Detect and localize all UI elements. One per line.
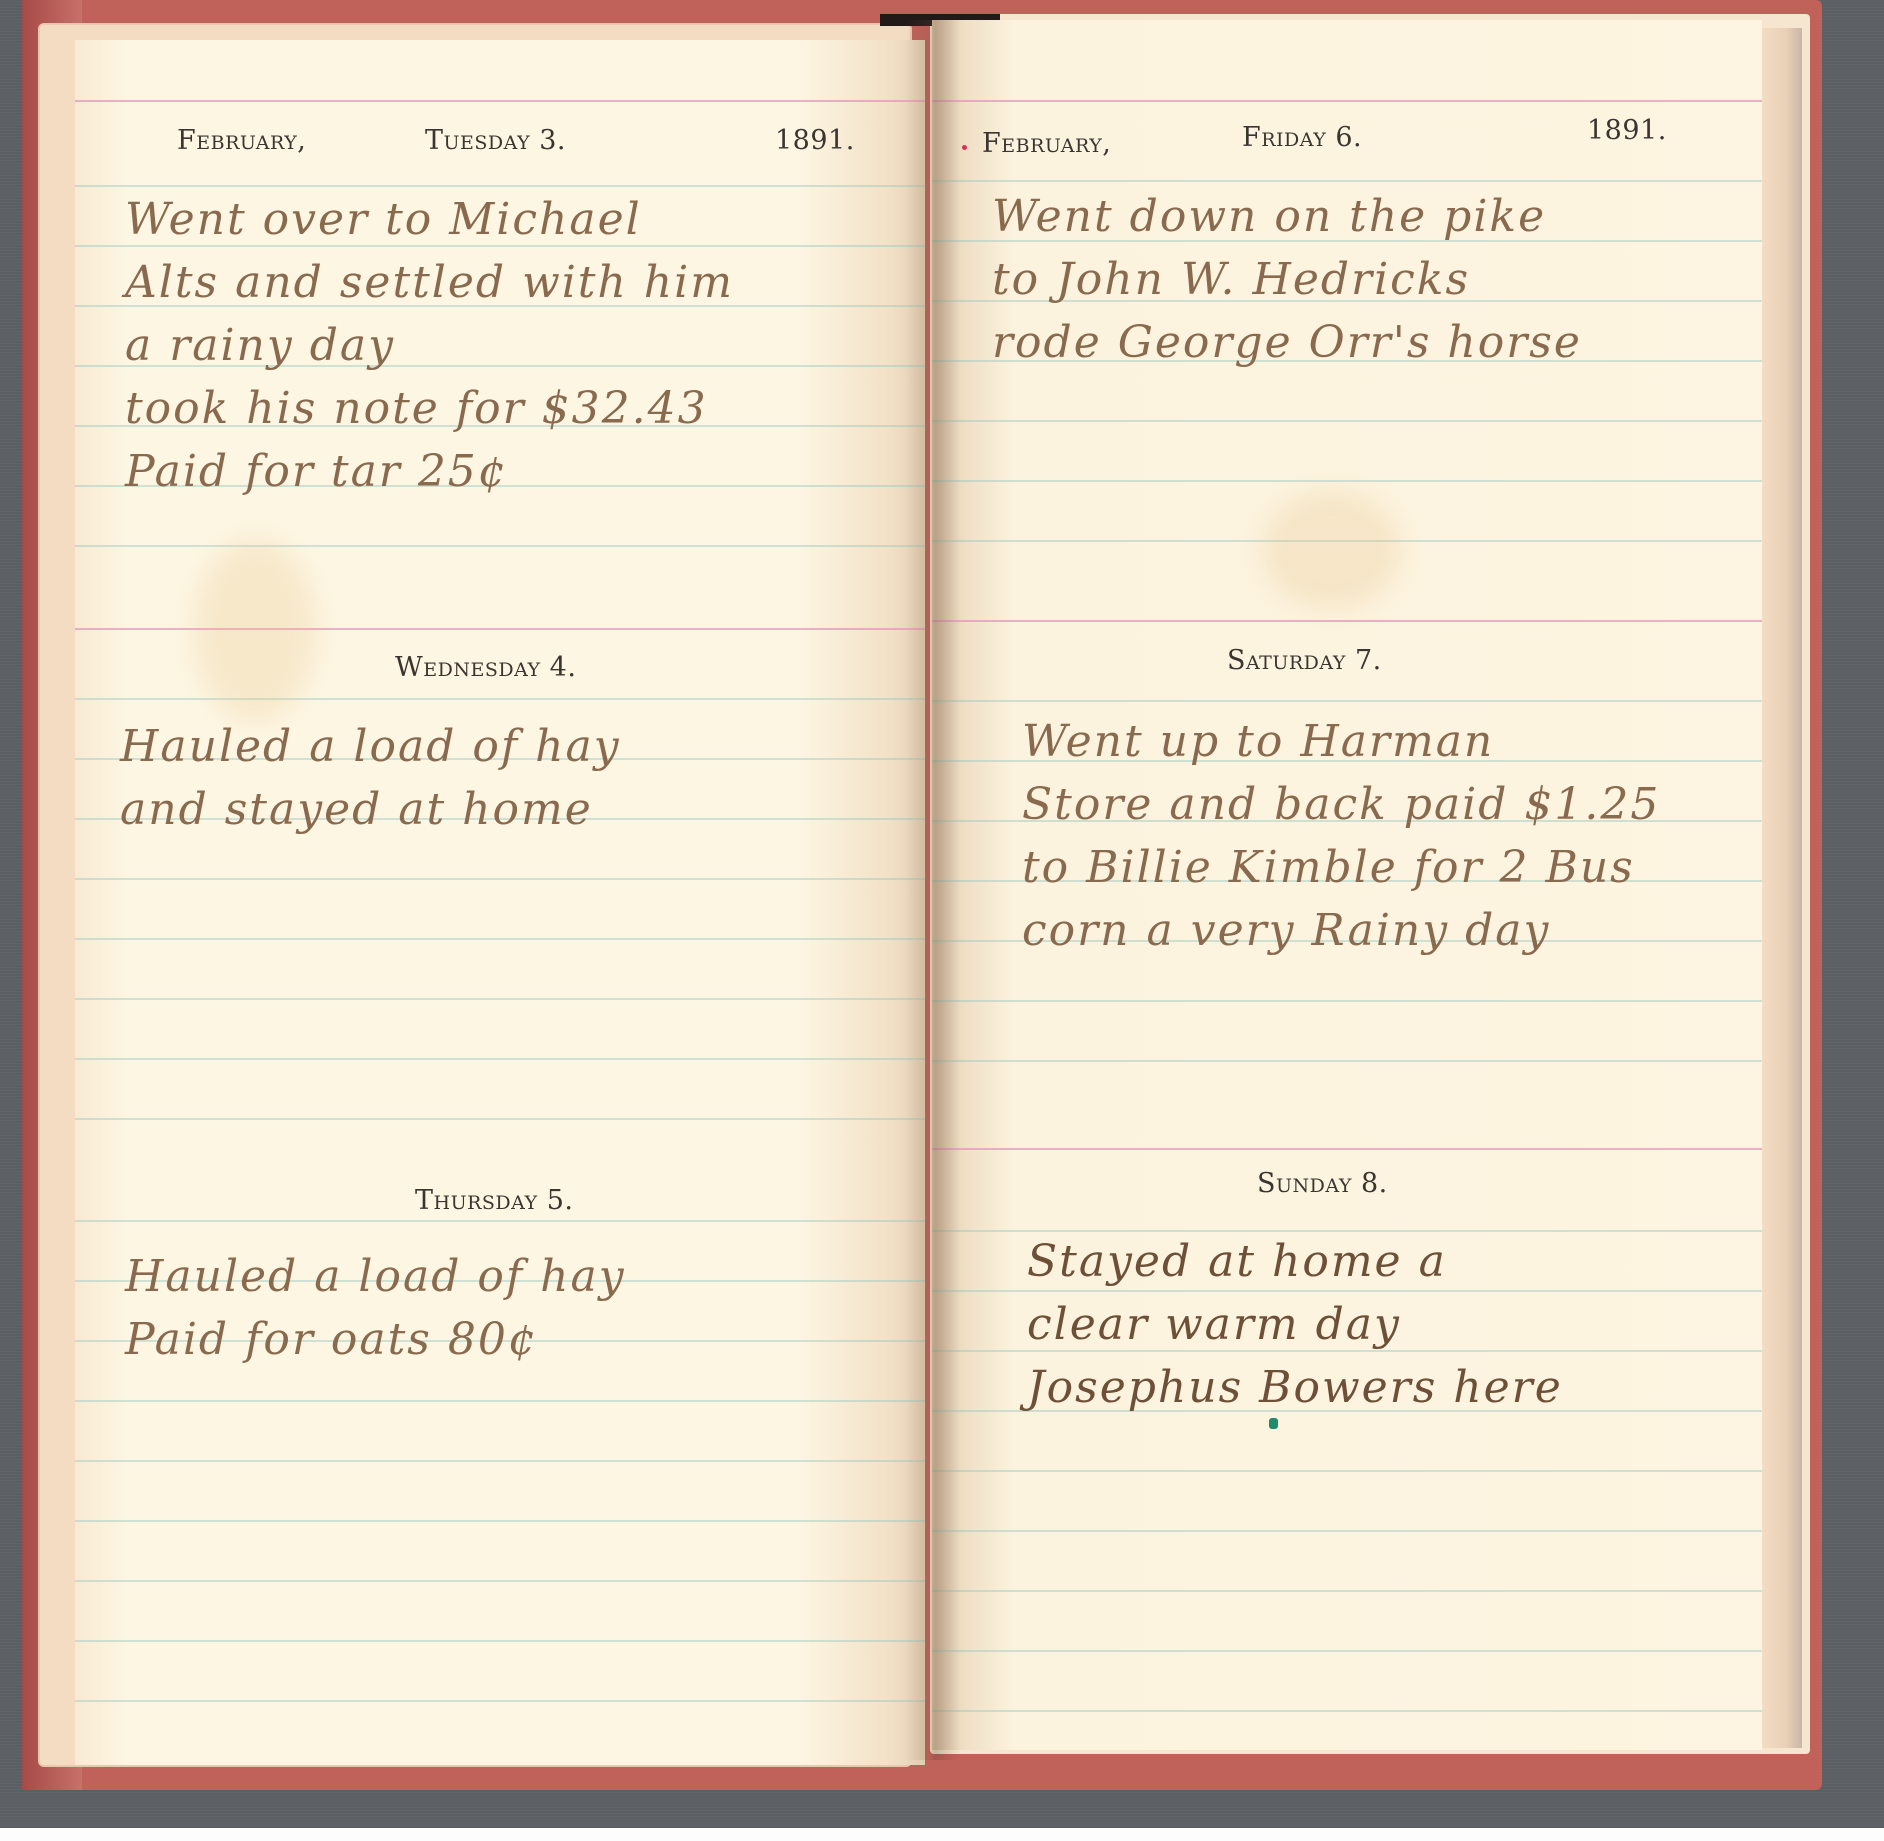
ruled-line — [75, 1520, 925, 1522]
pink-rule — [932, 100, 1762, 102]
header-year: 1891. — [1587, 115, 1667, 146]
entry-friday-6: Went down on the pike to John W. Hedrick… — [992, 185, 1752, 374]
entry-saturday-7: Went up to Harman Store and back paid $1… — [1022, 710, 1752, 962]
ruled-line — [932, 1530, 1762, 1532]
ruled-line — [75, 878, 925, 880]
ruled-line — [75, 1220, 925, 1222]
ruled-line — [932, 1060, 1762, 1062]
ruled-line — [932, 1650, 1762, 1652]
ruled-line — [75, 1460, 925, 1462]
paper-stain — [1262, 490, 1402, 610]
ruled-line — [932, 180, 1762, 182]
entry-sunday-8: Stayed at home a clear warm day Josephus… — [1027, 1230, 1747, 1419]
ruled-line — [75, 1400, 925, 1402]
book-spine-gutter — [905, 20, 960, 1760]
header-month: February, — [982, 128, 1111, 159]
paper-stain — [195, 540, 315, 720]
day-label-thursday-5: Thursday 5. — [415, 1185, 573, 1216]
pink-rule — [932, 620, 1762, 622]
ruled-line — [75, 1700, 925, 1702]
ruled-line — [75, 1640, 925, 1642]
ruled-line — [932, 700, 1762, 702]
pink-rule — [75, 100, 925, 102]
ruled-line — [932, 1590, 1762, 1592]
ink-mark — [1269, 1418, 1278, 1429]
ruled-line — [75, 545, 925, 547]
ink-mark — [962, 145, 967, 150]
day-label-saturday-7: Saturday 7. — [1227, 645, 1382, 676]
ruled-line — [75, 938, 925, 940]
ruled-line — [75, 1118, 925, 1120]
day-label-sunday-8: Sunday 8. — [1257, 1168, 1388, 1199]
ruled-line — [932, 1000, 1762, 1002]
entry-wednesday-4: Hauled a load of hay and stayed at home — [120, 715, 900, 841]
day-label-wednesday-4: Wednesday 4. — [395, 652, 576, 683]
header-day: Tuesday 3. — [425, 125, 566, 156]
left-page: February, Tuesday 3. 1891. Went over to … — [75, 40, 925, 1765]
ruled-line — [75, 185, 925, 187]
entry-tuesday-3: Went over to Michael Alts and settled wi… — [125, 188, 905, 503]
header-day: Friday 6. — [1242, 122, 1362, 153]
right-page-edges — [1760, 28, 1802, 1748]
header-year: 1891. — [775, 125, 855, 156]
pink-rule — [932, 1148, 1762, 1150]
ruled-line — [932, 1710, 1762, 1712]
ruled-line — [75, 1580, 925, 1582]
ruled-line — [932, 480, 1762, 482]
ruled-line — [932, 1470, 1762, 1472]
header-month: February, — [177, 125, 306, 156]
scan-margin — [0, 1828, 1884, 1841]
entry-thursday-5: Hauled a load of hay Paid for oats 80¢ — [125, 1245, 905, 1371]
right-page: February, Friday 6. 1891. Went down on t… — [932, 20, 1762, 1750]
ruled-line — [932, 420, 1762, 422]
ruled-line — [75, 698, 925, 700]
ruled-line — [75, 1058, 925, 1060]
ruled-line — [75, 998, 925, 1000]
